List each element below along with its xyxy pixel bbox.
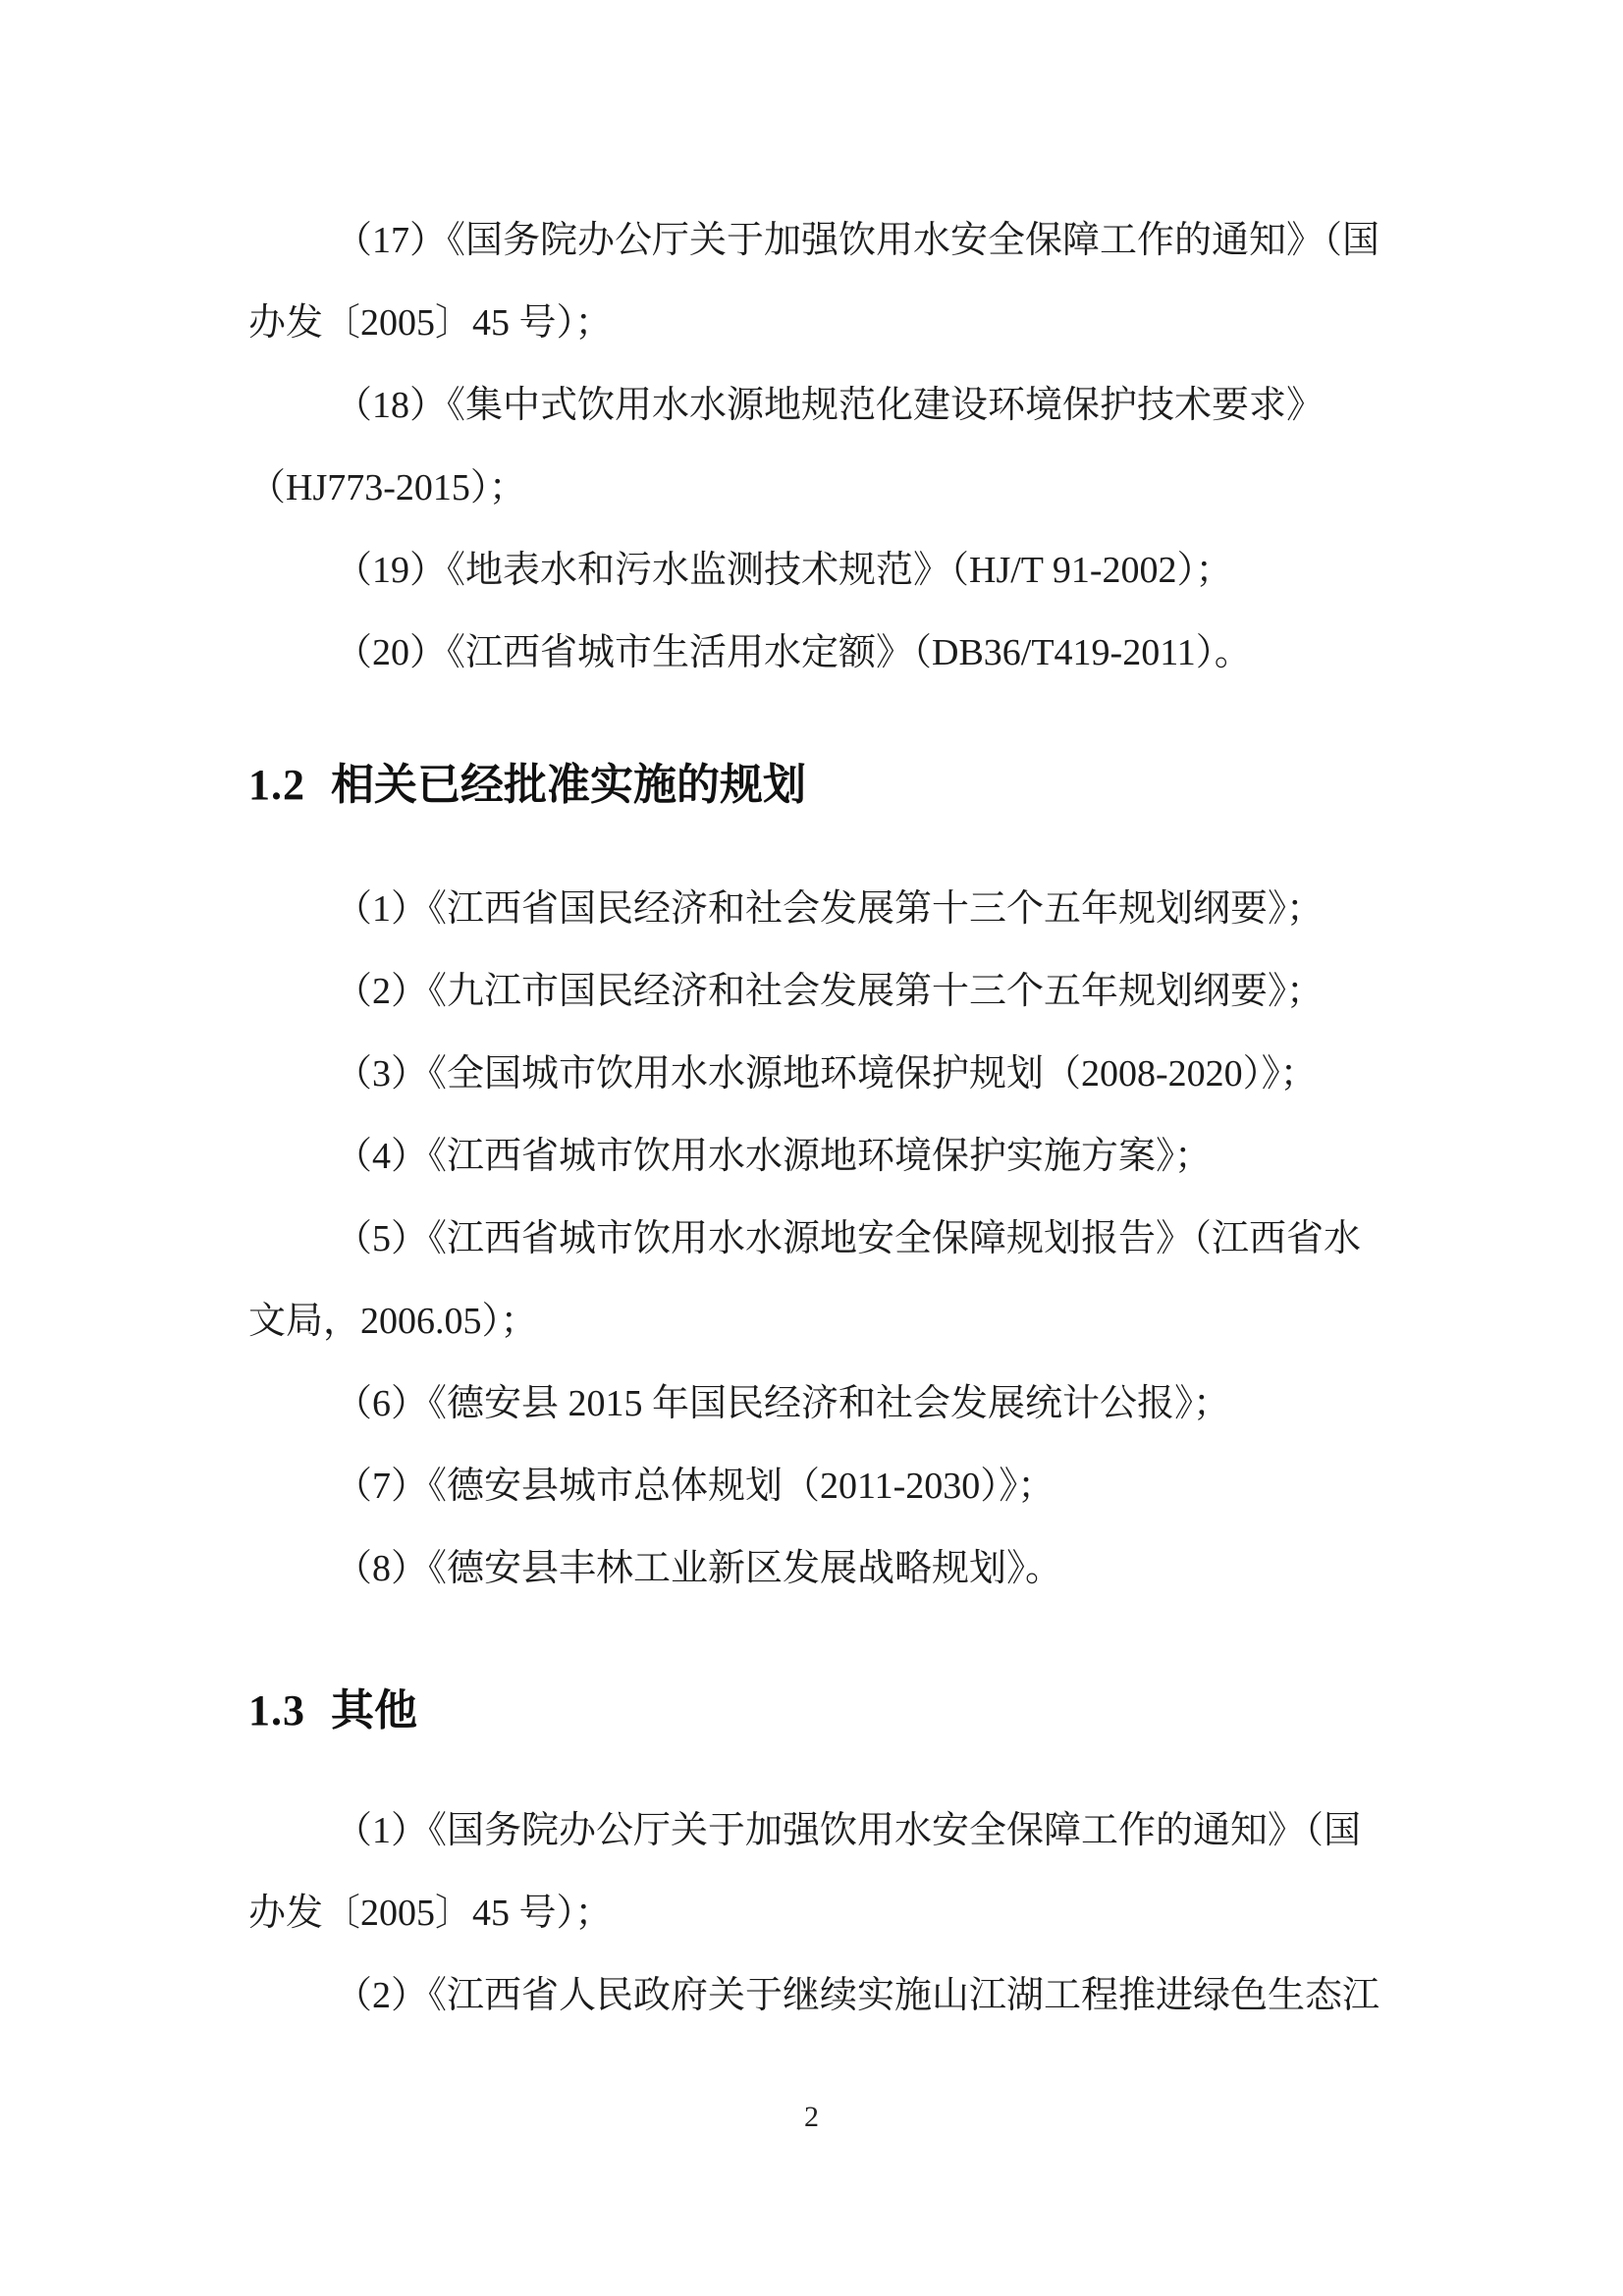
document-body: （17）《国务院办公厅关于加强饮用水安全保障工作的通知》（国 办发〔2005〕4… [248, 199, 1378, 2037]
paragraph: （2）《九江市国民经济和社会发展第十三个五年规划纲要》； [248, 950, 1378, 1033]
paragraph: （17）《国务院办公厅关于加强饮用水安全保障工作的通知》（国 办发〔2005〕4… [248, 199, 1378, 364]
text-line: 文局，2006.05）； [248, 1280, 1378, 1362]
paragraph: （8）《德安县丰林工业新区发展战略规划》。 [248, 1527, 1378, 1610]
paragraph: （18）《集中式饮用水水源地规范化建设环境保护技术要求》 （HJ773-2015… [248, 364, 1378, 529]
text-line: （1）《江西省国民经济和社会发展第十三个五年规划纲要》； [248, 868, 1378, 950]
text-line: （7）《德安县城市总体规划（2011-2030）》； [248, 1445, 1378, 1527]
section-number: 1.2 [248, 761, 305, 809]
paragraph: （2）《江西省人民政府关于继续实施山江湖工程推进绿色生态江 [248, 1954, 1378, 2037]
paragraph: （7）《德安县城市总体规划（2011-2030）》； [248, 1445, 1378, 1527]
text-line: （1）《国务院办公厅关于加强饮用水安全保障工作的通知》（国 [248, 1789, 1378, 1872]
text-line: （19）《地表水和污水监测技术规范》（HJ/T 91-2002）； [248, 529, 1378, 612]
paragraph: （6）《德安县 2015 年国民经济和社会发展统计公报》； [248, 1362, 1378, 1445]
paragraph: （1）《江西省国民经济和社会发展第十三个五年规划纲要》； [248, 868, 1378, 950]
section-number: 1.3 [248, 1686, 305, 1735]
text-line: （3）《全国城市饮用水水源地环境保护规划（2008-2020）》； [248, 1033, 1378, 1115]
text-line: 办发〔2005〕45 号）； [248, 1872, 1378, 1954]
text-line: （20）《江西省城市生活用水定额》（DB36/T419-2011）。 [248, 612, 1378, 694]
paragraph: （4）《江西省城市饮用水水源地环境保护实施方案》； [248, 1115, 1378, 1198]
paragraph: （20）《江西省城市生活用水定额》（DB36/T419-2011）。 [248, 612, 1378, 694]
section-title: 相关已经批准实施的规划 [331, 761, 806, 809]
page-number: 2 [0, 2100, 1623, 2135]
paragraph: （5）《江西省城市饮用水水源地安全保障规划报告》（江西省水 文局，2006.05… [248, 1198, 1378, 1362]
text-line: （HJ773-2015）； [248, 447, 1378, 529]
text-line: （2）《九江市国民经济和社会发展第十三个五年规划纲要》； [248, 950, 1378, 1033]
document-page: （17）《国务院办公厅关于加强饮用水安全保障工作的通知》（国 办发〔2005〕4… [0, 0, 1623, 2296]
text-line: 办发〔2005〕45 号）； [248, 282, 1378, 364]
paragraph: （19）《地表水和污水监测技术规范》（HJ/T 91-2002）； [248, 529, 1378, 612]
paragraph: （1）《国务院办公厅关于加强饮用水安全保障工作的通知》（国 办发〔2005〕45… [248, 1789, 1378, 1954]
text-line: （18）《集中式饮用水水源地规范化建设环境保护技术要求》 [248, 364, 1378, 447]
section-heading-1-2: 1.2相关已经批准实施的规划 [248, 744, 1378, 827]
text-line: （17）《国务院办公厅关于加强饮用水安全保障工作的通知》（国 [248, 199, 1378, 282]
text-line: （8）《德安县丰林工业新区发展战略规划》。 [248, 1527, 1378, 1610]
text-line: （2）《江西省人民政府关于继续实施山江湖工程推进绿色生态江 [248, 1954, 1378, 2037]
section-heading-1-3: 1.3其他 [248, 1670, 1378, 1752]
text-line: （5）《江西省城市饮用水水源地安全保障规划报告》（江西省水 [248, 1198, 1378, 1280]
text-line: （4）《江西省城市饮用水水源地环境保护实施方案》； [248, 1115, 1378, 1198]
text-line: （6）《德安县 2015 年国民经济和社会发展统计公报》； [248, 1362, 1378, 1445]
section-title: 其他 [331, 1686, 417, 1735]
paragraph: （3）《全国城市饮用水水源地环境保护规划（2008-2020）》； [248, 1033, 1378, 1115]
